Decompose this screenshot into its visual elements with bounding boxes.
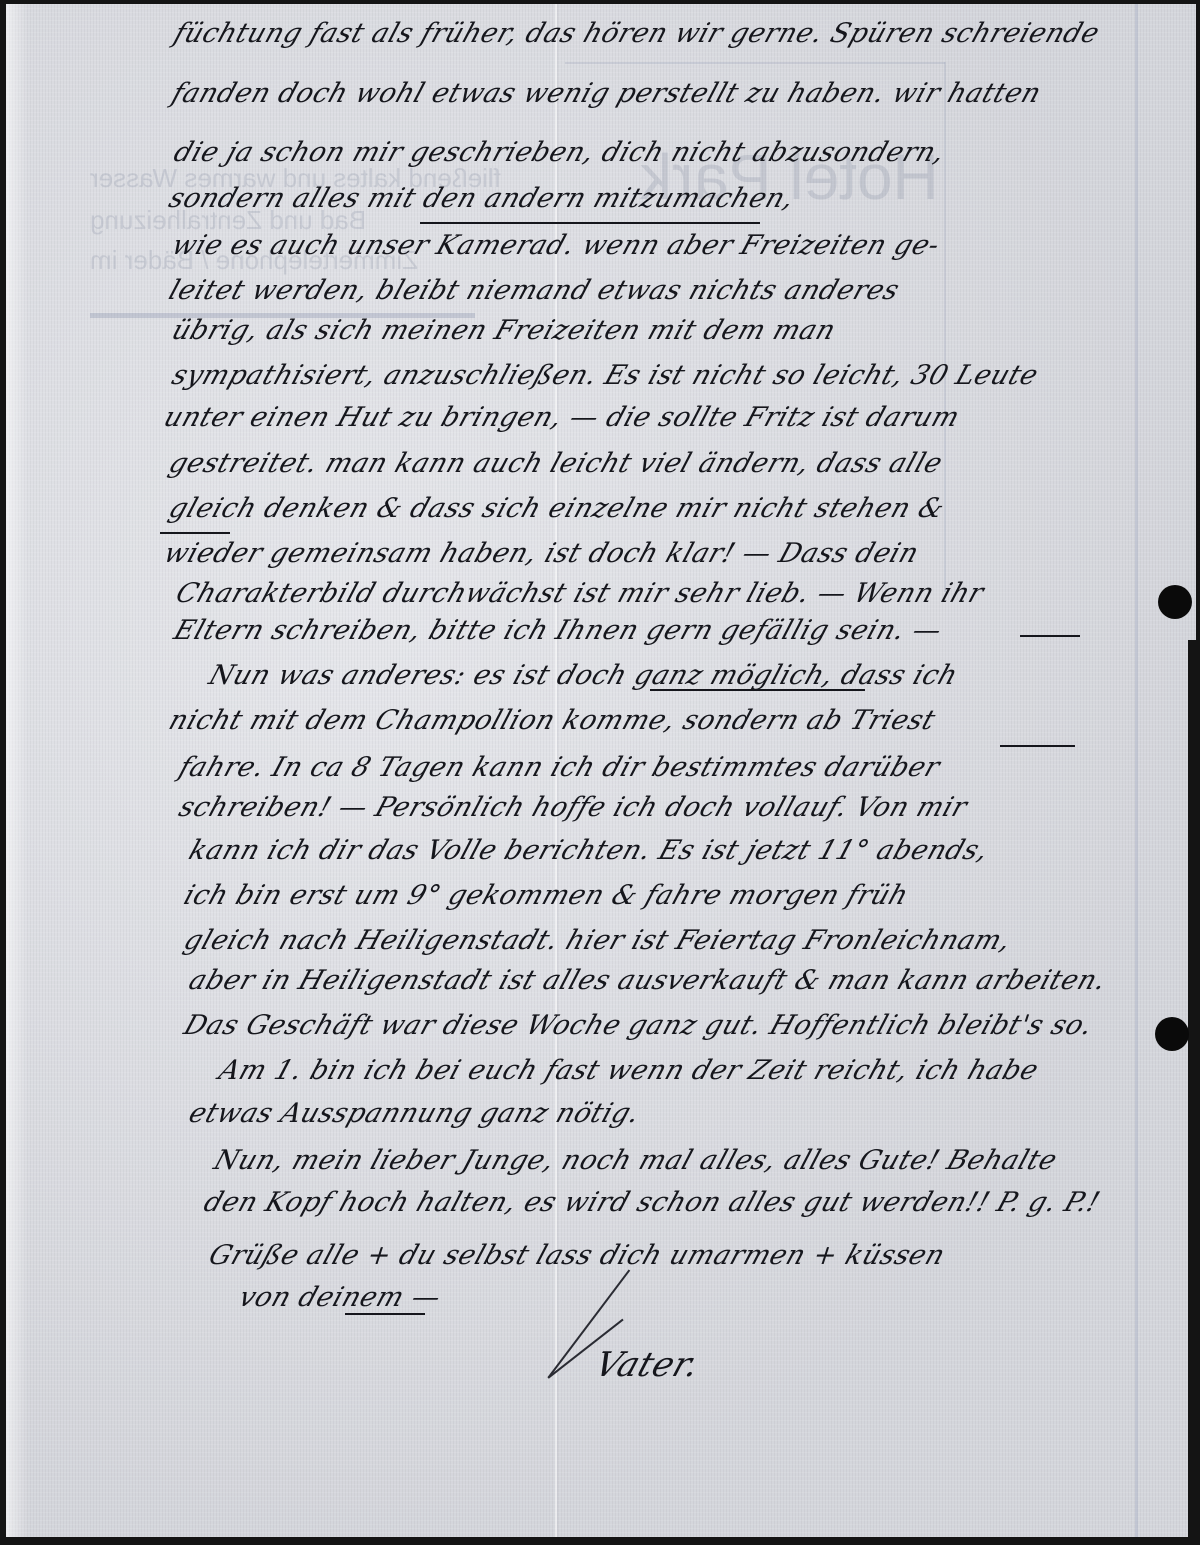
letter-line: wieder gemeinsam haben, ist doch klar! —… <box>160 538 923 569</box>
letter-line: die ja schon mir geschrieben, dich nicht… <box>170 137 949 168</box>
underline-doch-ganz-moeglich <box>650 689 865 691</box>
letter-line: sondern alles mit den andern mitzumachen… <box>165 183 798 214</box>
letter-line: Eltern schreiben, bitte ich Ihnen gern g… <box>170 615 946 646</box>
letter-line: schreiben! — Persönlich hoffe ich doch v… <box>175 792 971 823</box>
letter-line: Charakterbild durchwächst ist mir sehr l… <box>172 578 988 609</box>
letter-line: von deinem — <box>235 1282 445 1313</box>
letter-line: übrig, als sich meinen Freizeiten mit de… <box>168 315 840 346</box>
letter-line: ich bin erst um 9° gekommen & fahre morg… <box>180 880 912 911</box>
margin-dash <box>1000 745 1075 747</box>
closing-flourish <box>345 1313 425 1315</box>
letter-body: füchtung fast als früher, das hören wir … <box>0 0 1200 1545</box>
letter-line: wie es auch unser Kamerad. wenn aber Fre… <box>168 230 944 261</box>
letter-line: Nun, mein lieber Junge, noch mal alles, … <box>210 1145 1061 1176</box>
letter-line: Nun was anderes: es ist doch ganz möglic… <box>205 660 962 691</box>
letter-line: Grüße alle + du selbst lass dich umarmen… <box>205 1240 949 1271</box>
underline-gleich <box>160 532 230 534</box>
letter-line: den Kopf hoch halten, es wird schon alle… <box>200 1187 1104 1218</box>
closing-dash <box>1020 635 1080 637</box>
letter-line: nicht mit dem Champollion komme, sondern… <box>165 705 939 736</box>
letter-line: aber in Heiligenstadt ist alles ausverka… <box>185 965 1110 996</box>
letter-line: gestreitet. man kann auch leicht viel än… <box>165 448 946 479</box>
letter-line: fanden doch wohl etwas wenig perstellt z… <box>168 78 1045 109</box>
letter-line: fahre. In ca 8 Tagen kann ich dir bestim… <box>175 752 944 783</box>
letter-line: etwas Ausspannung ganz nötig. <box>185 1098 644 1129</box>
letter-line: sympathisiert, anzuschließen. Es ist nic… <box>168 360 1042 391</box>
letter-line: Am 1. bin ich bei euch fast wenn der Zei… <box>215 1055 1043 1086</box>
letter-line: kann ich dir das Volle berichten. Es ist… <box>185 835 992 866</box>
letter-line: gleich denken & dass sich einzelne mir n… <box>165 493 949 524</box>
letter-line: Das Geschäft war diese Woche ganz gut. H… <box>180 1010 1097 1041</box>
letter-line: gleich nach Heiligenstadt. hier ist Feie… <box>180 925 1015 956</box>
signature: Vater. <box>590 1345 705 1385</box>
letter-line: füchtung fast als früher, das hören wir … <box>170 18 1104 49</box>
letter-line: leitet werden, bleibt niemand etwas nich… <box>165 275 903 306</box>
letter-line: unter einen Hut zu bringen, — die sollte… <box>160 402 964 433</box>
underline-mit-den-andern <box>420 222 760 224</box>
